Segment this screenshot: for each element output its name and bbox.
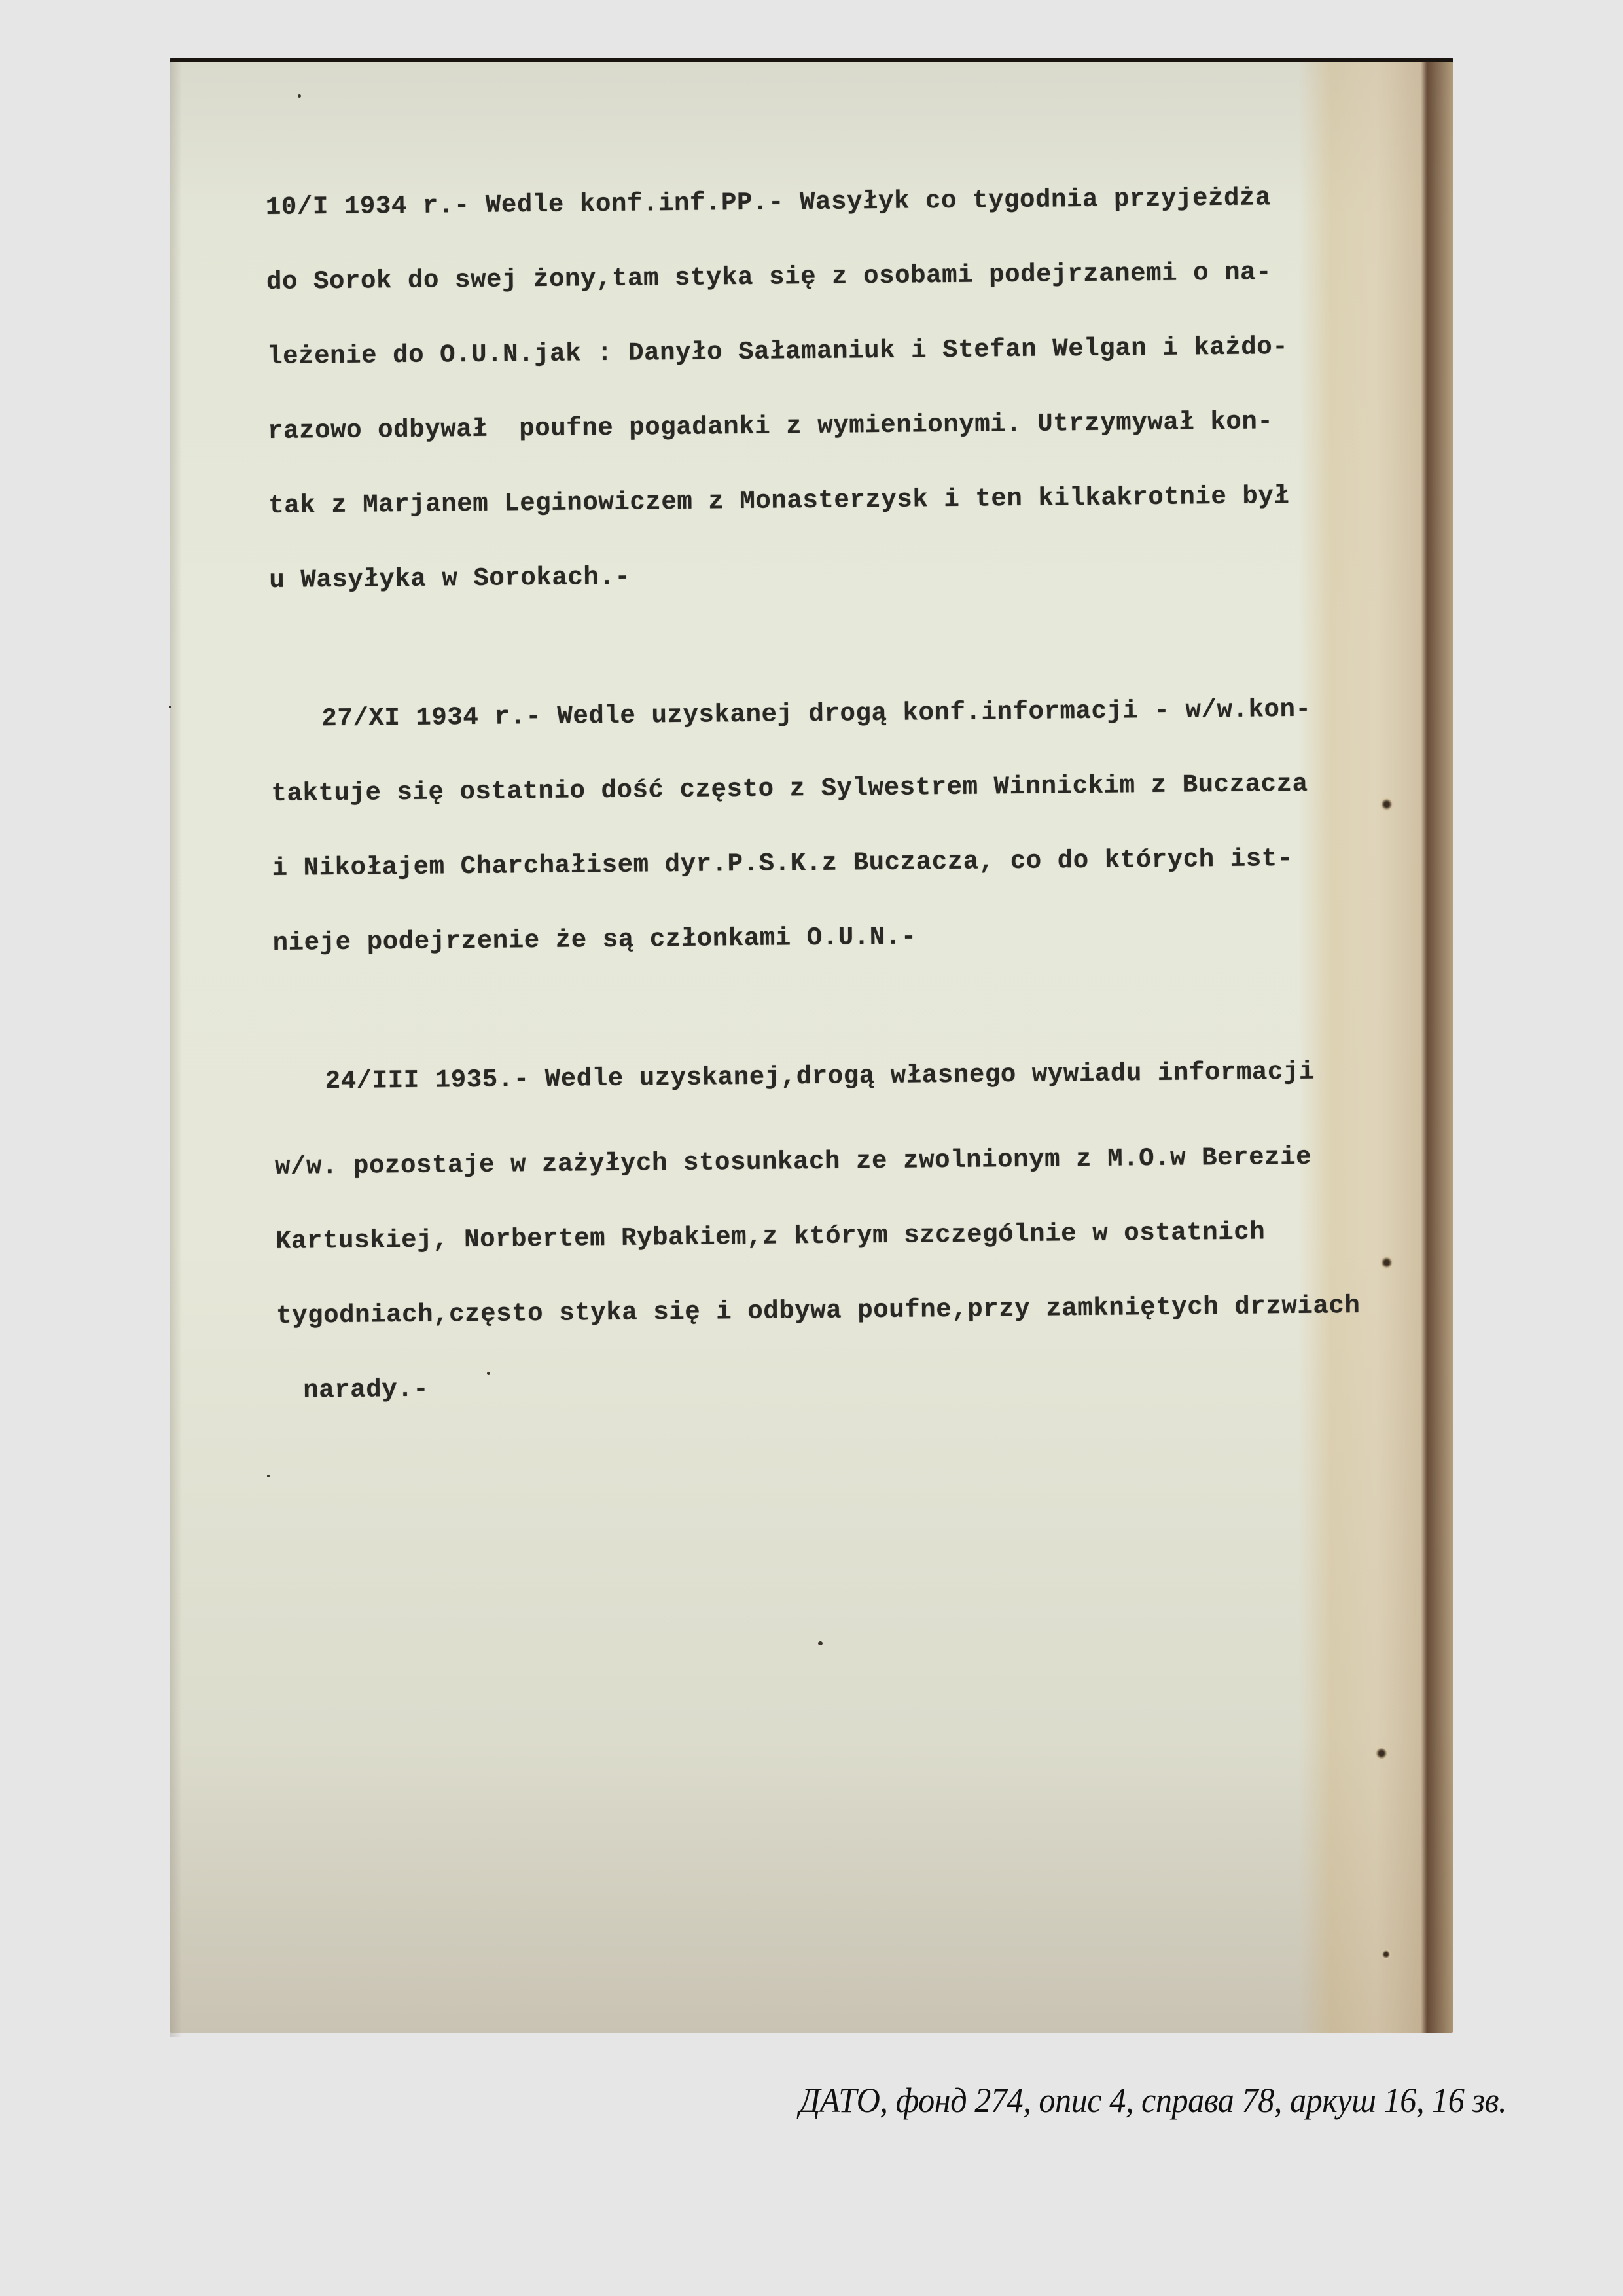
text-line: do Sorok do swej żony,tam styka się z os… <box>266 259 1418 295</box>
text-line: i Nikołajem Charchałisem dyr.P.S.K.z Buc… <box>272 845 1423 881</box>
text-line: razowo odbywał poufne pogadanki z wymien… <box>268 408 1419 444</box>
entry-1934-01-10: 10/I 1934 r.- Wedle konf.inf.PP.- Wasyły… <box>265 134 1421 643</box>
ink-speck <box>818 1641 823 1645</box>
text-line: taktuje się ostatnio dość często z Sylwe… <box>271 770 1423 806</box>
entry-1934-11-27: 27/XI 1934 r.- Wedle uzyskanej drogą kon… <box>270 646 1425 1005</box>
text-line: 10/I 1934 r.- Wedle konf.inf.PP.- Wasyły… <box>266 184 1418 220</box>
text-line: u Wasyłyka w Sorokach.- <box>269 557 1421 593</box>
binding-hole <box>1374 1746 1389 1761</box>
ink-speck <box>298 94 301 98</box>
ink-speck <box>169 706 171 708</box>
text-line: leżenie do O.U.N.jak : Danyło Sałamaniuk… <box>267 333 1419 369</box>
text-line: tak z Marjanem Leginowiczem z Monasterzy… <box>268 482 1420 518</box>
archive-citation-caption: ДАТО, фонд 274, опис 4, справа 78, аркуш… <box>799 2080 1507 2121</box>
typewritten-text: 10/I 1934 r.- Wedle konf.inf.PP.- Wasyły… <box>265 134 1429 1467</box>
entry-1935-03-24: 24/III 1935.- Wedle uzyskanej,drogą włas… <box>274 1009 1429 1453</box>
text-line: 24/III 1935.- Wedle uzyskanej,drogą włas… <box>274 1058 1426 1094</box>
text-line: tygodniach,często styka się i odbywa pou… <box>276 1293 1428 1329</box>
binding-hole <box>1381 1949 1391 1960</box>
text-line: 27/XI 1934 r.- Wedle uzyskanej drogą kon… <box>270 696 1422 732</box>
text-line: narady.- <box>277 1367 1429 1403</box>
text-line: w/w. pozostaje w zażyłych stosunkach ze … <box>275 1143 1427 1179</box>
text-line: nieje podejrzenie że są członkami O.U.N.… <box>273 920 1425 956</box>
ink-speck <box>267 1475 270 1477</box>
text-line: Kartuskiej, Norbertem Rybakiem,z którym … <box>276 1218 1427 1254</box>
